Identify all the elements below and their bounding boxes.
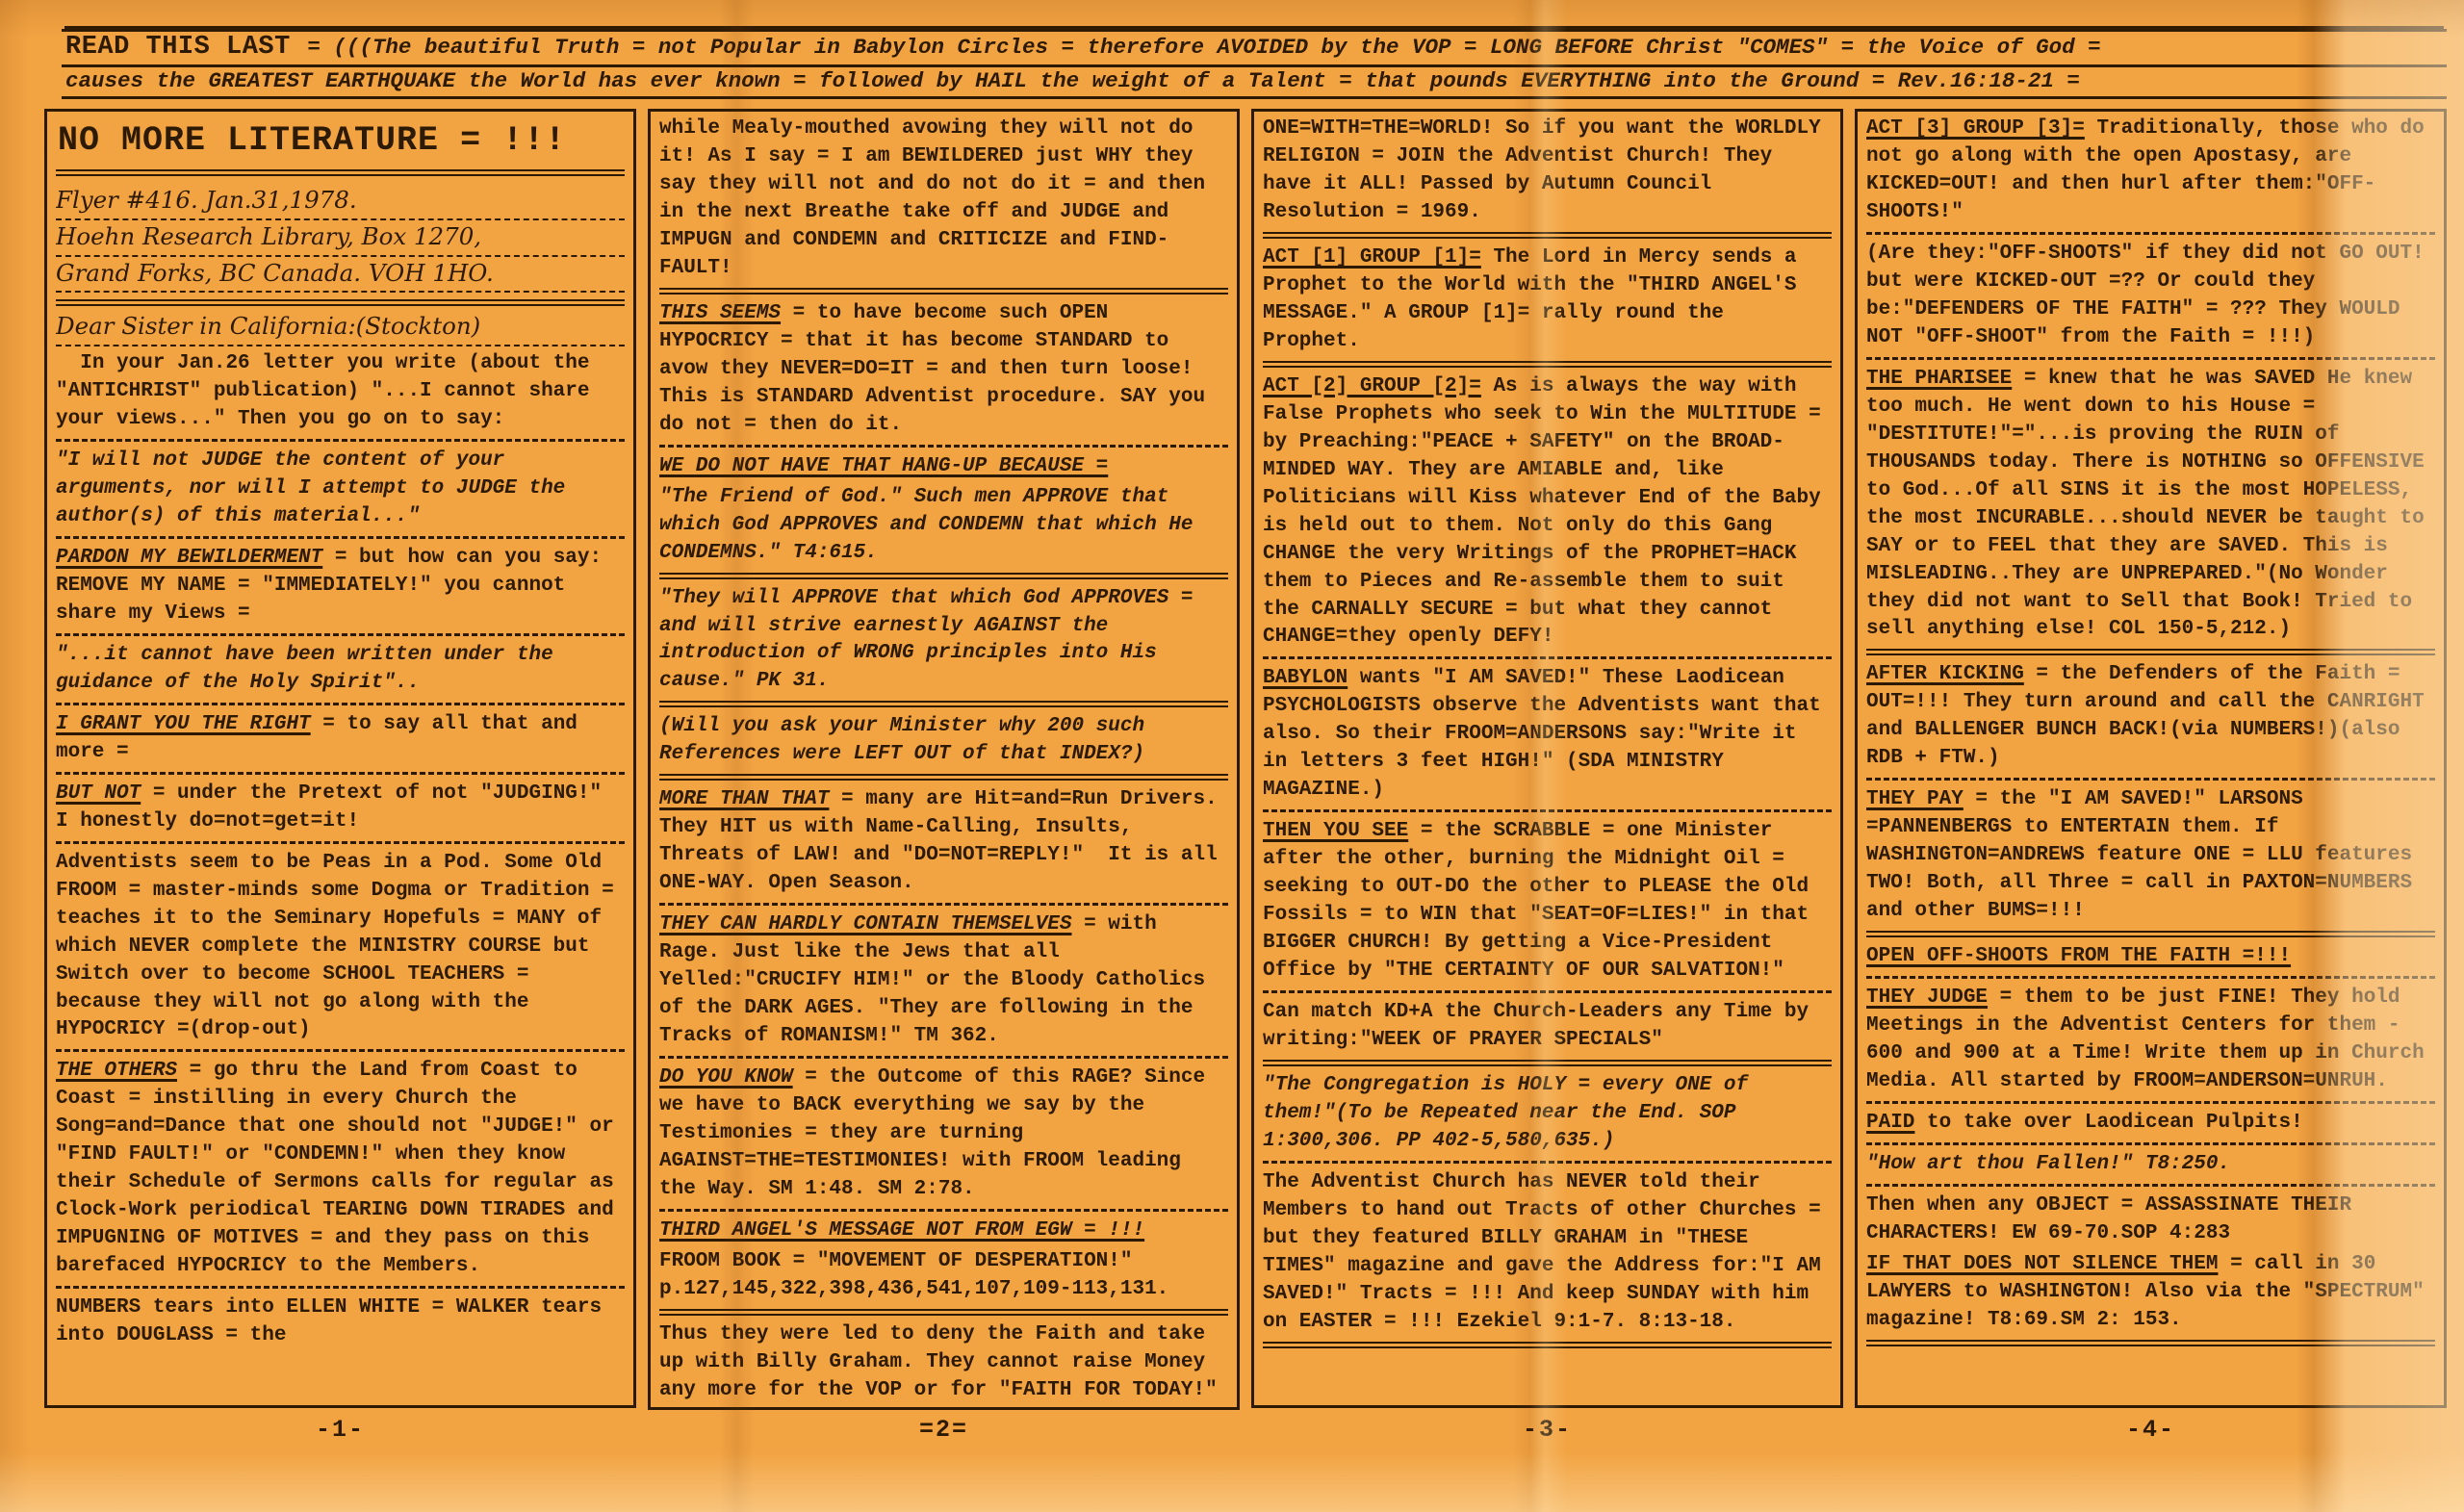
header-line-1: READ THIS LAST = (((The beautiful Truth …: [62, 32, 2447, 67]
paragraph: THEY JUDGE = them to be just FINE! They …: [1866, 985, 2435, 1104]
paragraph-text: NUMBERS tears into ELLEN WHITE = WALKER …: [56, 1296, 614, 1346]
section-heading: ACT [1] GROUP [1]=: [1263, 246, 1481, 269]
paragraph-text: wants "I AM SAVED!" These Laodicean PSYC…: [1263, 667, 1833, 801]
column-layout: NO MORE LITERATURE = !!!Flyer #416. Jan.…: [44, 109, 2447, 1450]
paragraph: PAID to take over Laodicean Pulpits!: [1866, 1110, 2435, 1145]
paragraph: THIS SEEMS = to have become such OPEN HY…: [659, 300, 1228, 448]
paragraph: DO YOU KNOW = the Outcome of this RAGE? …: [659, 1064, 1228, 1212]
column-1: NO MORE LITERATURE = !!!Flyer #416. Jan.…: [44, 109, 636, 1450]
section-heading: ACT [2] GROUP [2]=: [1263, 375, 1481, 397]
handwritten-line: Hoehn Research Library, Box 1270,: [56, 220, 625, 257]
quote-paragraph: "The Friend of God." Such men APPROVE th…: [659, 484, 1228, 579]
handwritten-block: Flyer #416. Jan.31,1978.Hoehn Research L…: [56, 184, 625, 306]
paragraph: MORE THAN THAT = many are Hit=and=Run Dr…: [659, 786, 1228, 906]
paragraph: ACT [1] GROUP [1]= The Lord in Mercy sen…: [1263, 244, 1832, 368]
section-heading: I GRANT YOU THE RIGHT: [56, 713, 311, 735]
paragraph-text: = the SCRABBLE = one Minister after the …: [1263, 820, 1821, 982]
paragraph: THEN YOU SEE = the SCRABBLE = one Minist…: [1263, 818, 1832, 993]
paragraph-text: Thus they were led to deny the Faith and…: [659, 1323, 1229, 1410]
paragraph-text: In your Jan.26 letter you write (about t…: [56, 352, 602, 430]
paragraph-text: Then when any OBJECT = ASSASSINATE THEIR…: [1866, 1194, 2364, 1244]
paragraph: Adventists seem to be Peas in a Pod. Som…: [56, 850, 625, 1053]
handwritten-line: Dear Sister in California:(Stockton): [56, 310, 625, 346]
paragraph: I GRANT YOU THE RIGHT = to say all that …: [56, 711, 625, 775]
section-heading: THEY CAN HARDLY CONTAIN THEMSELVES: [659, 913, 1071, 935]
page-number: -1-: [44, 1408, 636, 1450]
paragraph: THE PHARISEE = knew that he was SAVED He…: [1866, 366, 2435, 656]
masthead-title: NO MORE LITERATURE = !!!: [56, 115, 625, 176]
section-heading: BABYLON: [1263, 667, 1347, 689]
paragraph: AFTER KICKING = the Defenders of the Fai…: [1866, 661, 2435, 781]
handwritten-line: Grand Forks, BC Canada. VOH 1HO.: [56, 257, 625, 294]
paragraph: NUMBERS tears into ELLEN WHITE = WALKER …: [56, 1294, 625, 1350]
paragraph: IF THAT DOES NOT SILENCE THEM = call in …: [1866, 1251, 2435, 1346]
header-title: READ THIS LAST: [65, 33, 295, 62]
handwritten-block: Dear Sister in California:(Stockton): [56, 310, 625, 346]
section-heading: PAID: [1866, 1112, 1914, 1134]
paragraph: Can match KD+A the Church-Leaders any Ti…: [1263, 999, 1832, 1066]
paragraph: (Are they:"OFF-SHOOTS" if they did not G…: [1866, 241, 2435, 360]
section-heading: THEY PAY: [1866, 788, 1963, 810]
paragraph: PARDON MY BEWILDERMENT = but how can you…: [56, 545, 625, 636]
paragraph: In your Jan.26 letter you write (about t…: [56, 350, 625, 442]
page-number: -4-: [1855, 1408, 2447, 1450]
paragraph-text: Can match KD+A the Church-Leaders any Ti…: [1263, 1001, 1821, 1051]
section-heading: MORE THAN THAT: [659, 788, 829, 810]
paragraph: THEY PAY = the "I AM SAVED!" LARSONS =PA…: [1866, 786, 2435, 937]
scanned-flyer-page: READ THIS LAST = (((The beautiful Truth …: [0, 0, 2464, 1512]
section-heading: AFTER KICKING: [1866, 663, 2024, 685]
section-heading: THEN YOU SEE: [1263, 820, 1408, 842]
paragraph: BABYLON wants "I AM SAVED!" These Laodic…: [1263, 665, 1832, 812]
paragraph-text: to take over Laodicean Pulpits!: [1914, 1112, 2302, 1134]
section-heading: THE OTHERS: [56, 1060, 177, 1082]
column-3-box: ONE=WITH=THE=WORLD! So if you want the W…: [1251, 109, 1843, 1408]
paragraph-text: The Adventist Church has NEVER told thei…: [1263, 1171, 1833, 1333]
paragraph: THE OTHERS = go thru the Land from Coast…: [56, 1058, 625, 1289]
section-heading: WE DO NOT HAVE THAT HANG-UP BECAUSE =: [659, 455, 1108, 477]
paragraph: ACT [3] GROUP [3]= Traditionally, those …: [1866, 115, 2435, 235]
column-2: while Mealy-mouthed avowing they will no…: [648, 109, 1240, 1450]
quote-paragraph: "The Congregation is HOLY = every ONE of…: [1263, 1072, 1832, 1164]
section-heading: BUT NOT: [56, 782, 141, 805]
paragraph: FROOM BOOK = "MOVEMENT OF DESPERATION!" …: [659, 1248, 1228, 1316]
header-banner: READ THIS LAST = (((The beautiful Truth …: [62, 29, 2447, 99]
paragraph: while Mealy-mouthed avowing they will no…: [659, 115, 1228, 295]
quote-paragraph: "...it cannot have been written under th…: [56, 642, 625, 705]
column-4: ACT [3] GROUP [3]= Traditionally, those …: [1855, 109, 2447, 1450]
paragraph-text: ONE=WITH=THE=WORLD! So if you want the W…: [1263, 117, 1833, 223]
section-heading: THEY JUDGE: [1866, 987, 1988, 1009]
paragraph: Thus they were led to deny the Faith and…: [659, 1321, 1228, 1410]
section-heading: PARDON MY BEWILDERMENT: [56, 547, 322, 569]
paragraph-text: = knew that he was SAVED He knew too muc…: [1866, 368, 2436, 641]
quote-paragraph: "How art thou Fallen!" T8:250.: [1866, 1151, 2435, 1187]
section-heading: IF THAT DOES NOT SILENCE THEM: [1866, 1253, 2218, 1275]
paragraph-text: As is always the way with False Prophets…: [1263, 375, 1833, 649]
paragraph: BUT NOT = under the Pretext of not "JUDG…: [56, 781, 625, 844]
paragraph: THEY CAN HARDLY CONTAIN THEMSELVES = wit…: [659, 911, 1228, 1059]
page-number: -3-: [1251, 1408, 1843, 1450]
paragraph: OPEN OFF-SHOOTS FROM THE FAITH =!!!: [1866, 943, 2435, 979]
header-line1-text: = (((The beautiful Truth = not Popular i…: [295, 35, 2101, 60]
quote-paragraph: (Will you ask your Minister why 200 such…: [659, 713, 1228, 781]
paragraph-text: = go thru the Land from Coast to Coast =…: [56, 1060, 626, 1277]
paragraph-text: while Mealy-mouthed avowing they will no…: [659, 117, 1218, 279]
paragraph-text: FROOM BOOK = "MOVEMENT OF DESPERATION!" …: [659, 1250, 1168, 1300]
column-3: ONE=WITH=THE=WORLD! So if you want the W…: [1251, 109, 1843, 1450]
paragraph: Then when any OBJECT = ASSASSINATE THEIR…: [1866, 1192, 2435, 1248]
paragraph: The Adventist Church has NEVER told thei…: [1263, 1169, 1832, 1348]
paragraph-text: "The Congregation is HOLY = every ONE of…: [1263, 1074, 1760, 1152]
paragraph: THIRD ANGEL'S MESSAGE NOT FROM EGW = !!!: [659, 1217, 1228, 1245]
paragraph-text: "How art thou Fallen!" T8:250.: [1866, 1153, 2230, 1175]
paragraph-text: "...it cannot have been written under th…: [56, 644, 565, 694]
paragraph-text: "The Friend of God." Such men APPROVE th…: [659, 486, 1205, 564]
paragraph-text: "I will not JUDGE the content of your ar…: [56, 449, 577, 527]
paragraph: ONE=WITH=THE=WORLD! So if you want the W…: [1263, 115, 1832, 239]
paragraph-text: "They will APPROVE that which God APPROV…: [659, 587, 1205, 693]
column-1-box: NO MORE LITERATURE = !!!Flyer #416. Jan.…: [44, 109, 636, 1408]
paragraph: WE DO NOT HAVE THAT HANG-UP BECAUSE =: [659, 453, 1228, 481]
section-heading: THIS SEEMS: [659, 302, 781, 324]
column-2-box: while Mealy-mouthed avowing they will no…: [648, 109, 1240, 1410]
quote-paragraph: "They will APPROVE that which God APPROV…: [659, 585, 1228, 708]
section-heading: THE PHARISEE: [1866, 368, 2012, 390]
section-heading: OPEN OFF-SHOOTS FROM THE FAITH =!!!: [1866, 945, 2291, 967]
paragraph-text: (Are they:"OFF-SHOOTS" if they did not G…: [1866, 243, 2436, 348]
quote-paragraph: "I will not JUDGE the content of your ar…: [56, 448, 625, 539]
column-4-box: ACT [3] GROUP [3]= Traditionally, those …: [1855, 109, 2447, 1408]
paragraph: ACT [2] GROUP [2]= As is always the way …: [1263, 373, 1832, 660]
section-heading: THIRD ANGEL'S MESSAGE NOT FROM EGW = !!!: [659, 1219, 1144, 1242]
paragraph-text: Adventists seem to be Peas in a Pod. Som…: [56, 852, 626, 1041]
section-heading: DO YOU KNOW: [659, 1066, 793, 1089]
section-heading: ACT [3] GROUP [3]=: [1866, 117, 2085, 140]
page-number: =2=: [648, 1410, 1240, 1450]
header-line-2: causes the GREATEST EARTHQUAKE the World…: [62, 67, 2447, 99]
paragraph-text: (Will you ask your Minister why 200 such…: [659, 715, 1157, 765]
handwritten-line: Flyer #416. Jan.31,1978.: [56, 184, 625, 220]
